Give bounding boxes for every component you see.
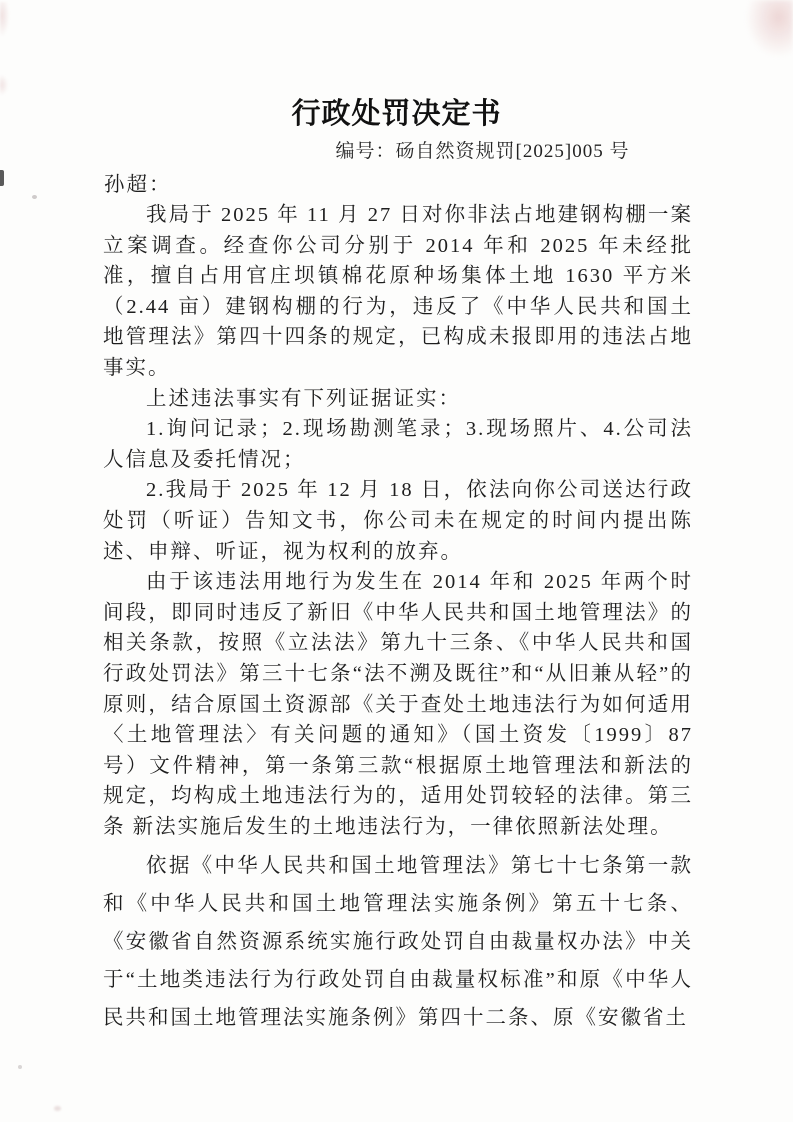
body-paragraph: 由于该违法用地行为发生在 2014 年和 2025 年两个时间段，即同时违反了新… [103,567,693,842]
scan-artifact-left-smudge [0,2,9,36]
document-number-value: 砀自然资规罚[2025]005 号 [396,141,630,162]
scan-artifact-speck [54,1106,61,1111]
scan-artifact-top-right-smudge [745,0,793,58]
document-body: 我局于 2025 年 11 月 27 日对你非法占地建钢构棚一案立案调查。经查你… [103,200,693,1037]
body-paragraph: 2.我局于 2025 年 12 月 18 日，依法向你公司送达行政处罚（听证）告… [103,475,693,567]
body-paragraph: 上述违法事实有下列证据证实： [103,384,693,415]
scan-artifact-speck [32,195,37,199]
document-number-label: 编号： [336,141,396,162]
scan-artifact-left-smudge [0,75,8,95]
body-paragraph: 依据《中华人民共和国土地管理法》第七十七条第一款和《中华人民共和国土地管理法实施… [103,847,693,1037]
scan-artifact-speck [18,1065,22,1069]
body-paragraph: 1.询问记录；2.现场勘测笔录；3.现场照片、4.公司法人信息及委托情况； [103,414,693,475]
recipient-salutation: 孙超： [104,171,793,199]
document-title: 行政处罚决定书 [0,97,793,132]
scan-artifact-left-tick [0,170,4,186]
document-page: 行政处罚决定书 编号：砀自然资规罚[2025]005 号 孙超： 我局于 202… [0,0,793,1122]
document-number-line: 编号：砀自然资规罚[2025]005 号 [86,140,793,164]
body-paragraph: 我局于 2025 年 11 月 27 日对你非法占地建钢构棚一案立案调查。经查你… [103,200,693,384]
